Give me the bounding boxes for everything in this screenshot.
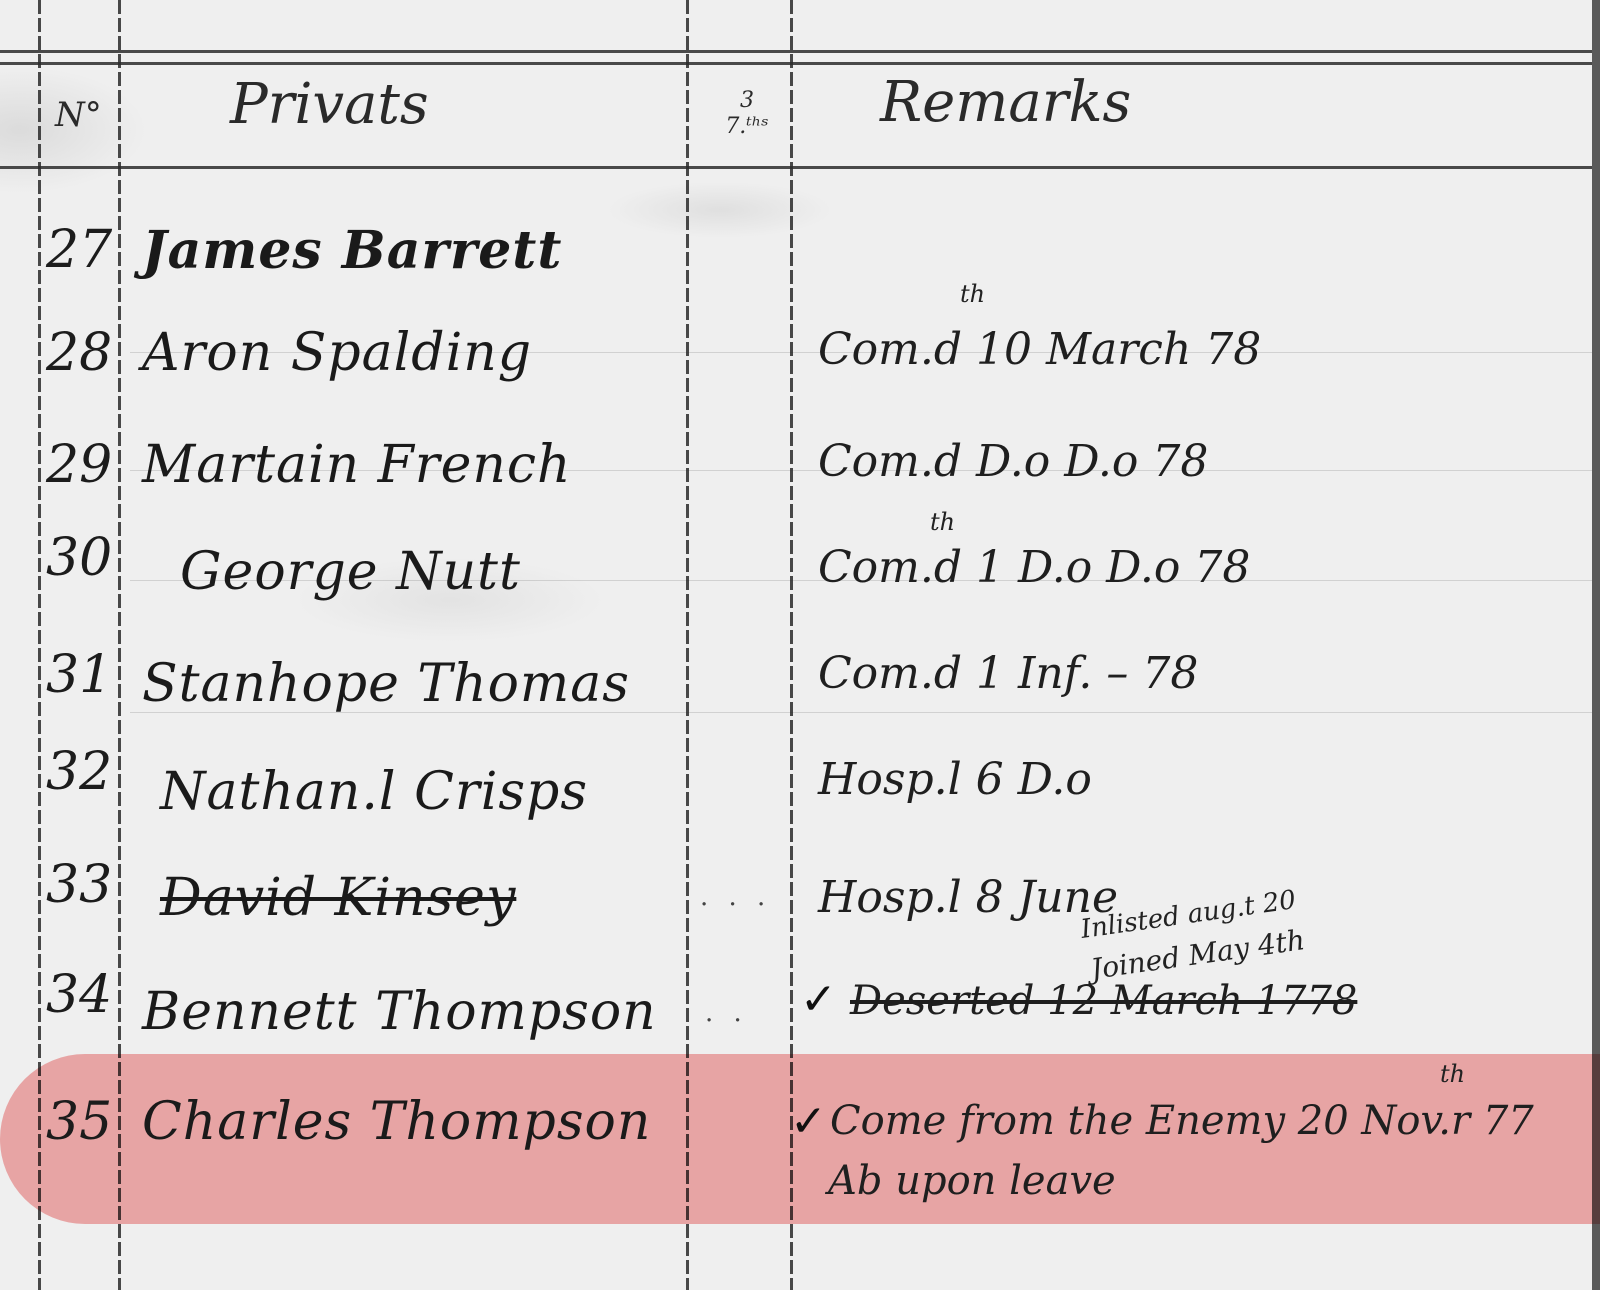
table-row: 33 David Kinsey · · · Hosp.l 8 June — [0, 850, 1600, 960]
row-name: James Barrett — [142, 220, 562, 281]
header-fraction-top: 3 — [712, 88, 782, 114]
header-top-rule-2 — [0, 62, 1600, 65]
row-number: 29 — [46, 435, 112, 495]
row-remark: Hosp.l 6 D.o — [818, 754, 1092, 805]
row-remark: Com.d D.o D.o 78 — [818, 436, 1208, 487]
table-row: 31 Stanhope Thomas Com.d 1 Inf. – 78 — [0, 640, 1600, 750]
table-row: 32 Nathan.l Crisps Hosp.l 6 D.o — [0, 742, 1600, 852]
row-number: 28 — [46, 323, 112, 383]
row-number: 34 — [46, 965, 112, 1025]
row-remark-struck: Deserted 12 March 1778 — [850, 978, 1357, 1024]
leader-dots: · · · — [700, 890, 771, 920]
header-remarks: Remarks — [880, 70, 1131, 135]
row-name: Martain French — [142, 435, 571, 495]
row-number: 27 — [46, 220, 112, 280]
table-row: 27 James Barrett — [0, 210, 1600, 320]
header-bottom-rule — [0, 166, 1600, 169]
header-number: N° — [55, 95, 102, 135]
row-name: George Nutt — [180, 542, 521, 602]
check-mark-icon: ✓ — [790, 1096, 827, 1147]
row-name-struck: David Kinsey — [160, 868, 516, 928]
row-name: Bennett Thompson — [142, 982, 657, 1042]
header-privates: Privats — [230, 72, 429, 137]
remark-superscript: th — [1440, 1060, 1465, 1088]
remark-superscript: th — [960, 280, 985, 308]
row-remark: Hosp.l 8 June — [818, 872, 1118, 923]
table-row: 28 Aron Spalding th Com.d 10 March 78 — [0, 318, 1600, 428]
row-remark-line-2: Ab upon leave — [828, 1158, 1116, 1204]
row-remark: Come from the Enemy 20 Nov.r 77 — [830, 1098, 1534, 1144]
header-top-rule — [0, 50, 1600, 53]
table-row-highlighted: 35 Charles Thompson ✓ th Come from the E… — [0, 1080, 1600, 1190]
row-name: Nathan.l Crisps — [160, 762, 588, 822]
ledger-page: N° Privats 3 7.ᵗʰˢ Remarks 27 James Barr… — [0, 0, 1600, 1290]
row-name: Aron Spalding — [142, 323, 532, 383]
row-number: 30 — [46, 528, 112, 588]
leader-dots: · · — [705, 1006, 748, 1036]
header-fraction: 3 7.ᵗʰˢ — [712, 88, 782, 140]
row-number: 32 — [46, 742, 112, 802]
table-row: 29 Martain French Com.d D.o D.o 78 — [0, 430, 1600, 540]
row-name: Stanhope Thomas — [142, 654, 630, 714]
row-name: Charles Thompson — [142, 1092, 651, 1152]
row-remark: Com.d 1 Inf. – 78 — [818, 648, 1198, 699]
table-row: 30 George Nutt th Com.d 1 D.o D.o 78 — [0, 528, 1600, 638]
row-number: 33 — [46, 855, 112, 915]
row-remark: Com.d 1 D.o D.o 78 — [818, 542, 1250, 593]
remark-superscript: th — [930, 508, 955, 536]
row-number: 35 — [46, 1092, 112, 1152]
check-mark-icon: ✓ — [800, 974, 837, 1025]
row-number: 31 — [46, 645, 112, 705]
header-fraction-bottom: 7.ᵗʰˢ — [712, 114, 782, 140]
row-remark: Com.d 10 March 78 — [818, 324, 1261, 375]
